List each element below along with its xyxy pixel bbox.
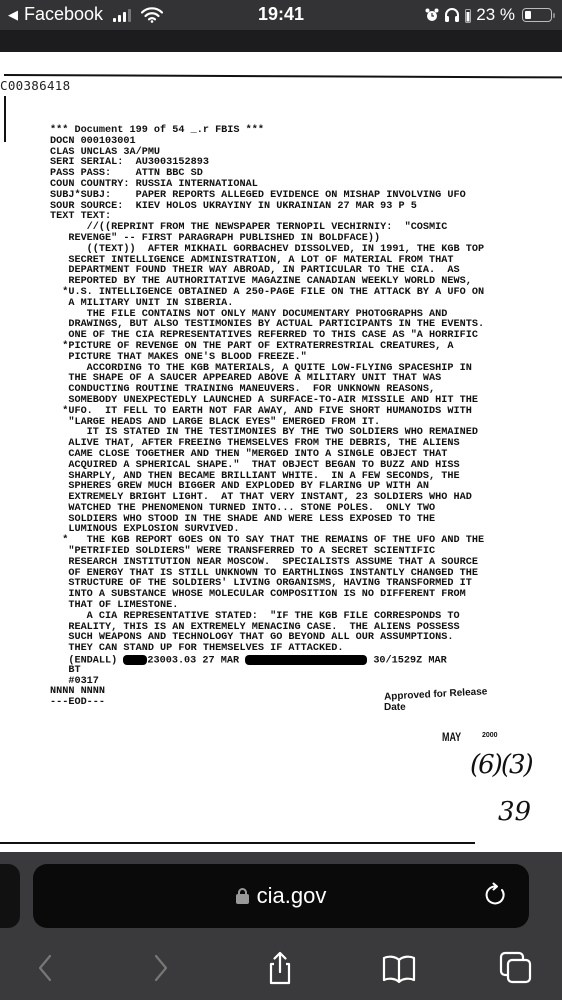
- previous-tab-peek[interactable]: [0, 864, 20, 928]
- tabs-icon[interactable]: [498, 950, 534, 986]
- left-margin-bar: [4, 96, 6, 142]
- document-page: C00386418 *** Document 199 of 54 _.r FBI…: [0, 52, 562, 852]
- battery-level: [525, 11, 531, 19]
- release-stamp-year: 2000: [482, 732, 498, 739]
- bookmarks-icon[interactable]: [381, 950, 417, 986]
- handwritten-page-number: 39: [498, 797, 531, 827]
- release-stamp-month: MAY: [442, 731, 461, 744]
- status-bar: ◀ Facebook 19:41 23 %: [0, 0, 562, 30]
- document-tail-line: #0317: [50, 677, 484, 688]
- status-right: 23 %: [425, 5, 552, 25]
- bottom-border-line: [0, 842, 475, 844]
- alarm-icon: [425, 8, 439, 22]
- share-icon[interactable]: [262, 950, 298, 986]
- document-line: A MILITARY UNIT IN SIBERIA.: [50, 299, 484, 310]
- address-bar[interactable]: cia.gov: [33, 864, 529, 928]
- lock-icon: [236, 888, 249, 904]
- release-stamp-date: Date: [384, 702, 406, 713]
- document-body: *** Document 199 of 54 _.r FBIS ***DOCN …: [50, 126, 484, 709]
- document-line: ACQUIRED A SPHERICAL SHAPE." THAT OBJECT…: [50, 461, 484, 472]
- document-line: ((TEXT)) AFTER MIKHAIL GORBACHEV DISSOLV…: [50, 245, 484, 256]
- top-border-line: [4, 74, 562, 79]
- redaction-block: [245, 655, 367, 665]
- battery-percent: 23 %: [476, 5, 515, 25]
- redaction-block: [123, 655, 147, 665]
- document-tail-line: BT: [50, 666, 484, 677]
- browser-bottom-bar: cia.gov: [0, 852, 562, 1000]
- document-line: SOUR SOURCE: KIEV HOLOS UKRAYINY IN UKRA…: [50, 202, 484, 213]
- document-line: THEY CAN STAND UP FOR THEMSELVES IF ATTA…: [50, 644, 484, 655]
- headphone-battery-icon: [465, 8, 471, 23]
- browser-toolbar: [0, 942, 562, 992]
- headphones-icon: [444, 7, 460, 23]
- handwritten-exemption-code: (6)(3): [470, 750, 532, 780]
- back-chevron-icon[interactable]: [28, 950, 64, 986]
- reload-icon[interactable]: [483, 882, 509, 908]
- battery-icon: [522, 8, 552, 22]
- document-line: *UFO. IT FELL TO EARTH NOT FAR AWAY, AND…: [50, 407, 484, 418]
- document-id: C00386418: [0, 78, 70, 93]
- forward-chevron-icon[interactable]: [142, 950, 178, 986]
- url-text[interactable]: cia.gov: [257, 883, 327, 909]
- endall-line: (ENDALL) 23003.03 27 MAR 30/1529Z MAR: [50, 655, 484, 666]
- header-strip: [0, 30, 562, 52]
- document-line: PICTURE THAT MAKES ONE'S BLOOD FREEZE.": [50, 353, 484, 364]
- document-line: DOCN 000103001: [50, 137, 484, 148]
- document-line: SUBJ*SUBJ: PAPER REPORTS ALLEGED EVIDENC…: [50, 191, 484, 202]
